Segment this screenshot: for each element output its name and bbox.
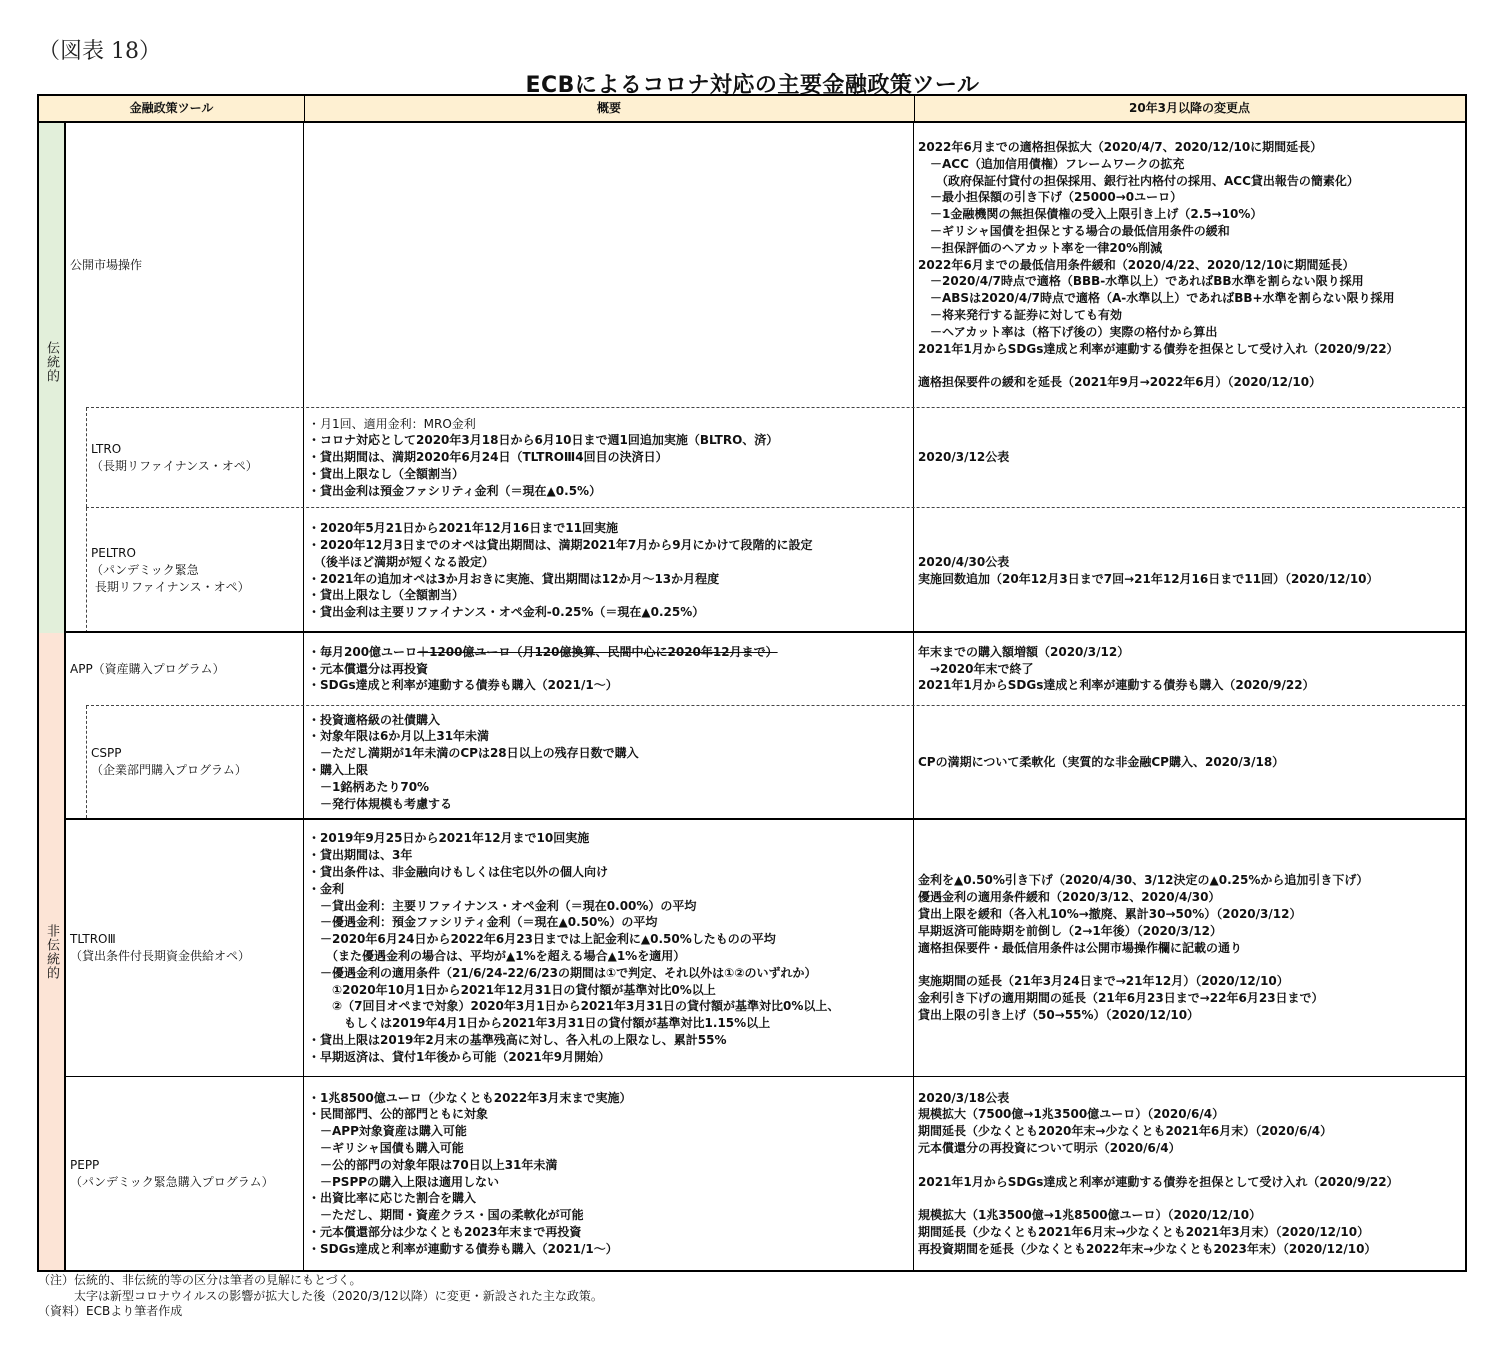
summary-line: －1銘柄あたり70%: [308, 779, 909, 796]
table-row-peltro: PELTRO （パンデミック緊急 長期リファイナンス・オペ） ・2020年5月2…: [86, 507, 1465, 633]
summary-text: ・毎月200億ユーロ: [308, 645, 417, 659]
summary-line: ・2019年9月25日から2021年12月まで10回実施: [308, 830, 909, 847]
changes-cell: 2022年6月までの適格担保拡大（2020/4/7、2020/12/10に期間延…: [914, 123, 1465, 407]
summary-line: ・貸出上限は2019年2月末の基準残高に対し、各入札の上限なし、累計55%: [308, 1032, 909, 1049]
change-line: 貸出上限を緩和（各入札10%→撤廃、累計30→50%）（2020/3/12）: [918, 906, 1461, 923]
header-tool: 金融政策ツール: [39, 96, 305, 121]
change-line: －最小担保額の引き下げ（25000→0ユーロ）: [918, 189, 1461, 206]
change-line: 金利を▲0.50%引き下げ（2020/4/30、3/12決定の▲0.25%から追…: [918, 872, 1461, 889]
summary-line: ・SDGs達成と利率が連動する債券も購入（2021/1～）: [308, 677, 909, 694]
summary-line: ・貸出金利は主要リファイナンス・オペ金利-0.25%（＝現在▲0.25%）: [308, 604, 909, 621]
summary-line: －ただし、期間・資産クラス・国の柔軟化が可能: [308, 1207, 909, 1224]
change-line: －2020/4/7時点で適格（BBB-水準以上）であればBB水準を割らない限り採…: [918, 273, 1461, 290]
summary-line: ・貸出上限なし（全額割当）: [308, 587, 909, 604]
tool-cell: PEPP （パンデミック緊急購入プログラム）: [66, 1077, 304, 1270]
summary-line: ・貸出条件は、非金融向けもしくは住宅以外の個人向け: [308, 864, 909, 881]
summary-cell: ・1兆8500億ユーロ（少なくとも2022年3月末まで実施）・民間部門、公的部門…: [304, 1077, 914, 1270]
change-line: －将来発行する証券に対しても有効: [918, 307, 1461, 324]
summary-line: －APP対象資産は購入可能: [308, 1123, 909, 1140]
change-line: －担保評価のヘアカット率を一律20%削減: [918, 240, 1461, 257]
summary-cell: ・月1回、適用金利：MRO金利・コロナ対応として2020年3月18日から6月10…: [304, 408, 914, 507]
summary-line: ・投資適格級の社債購入: [308, 712, 909, 729]
summary-line: －PSPPの購入上限は適用しない: [308, 1174, 909, 1191]
change-line: 2021年1月からSDGs達成と利率が連動する債券も購入（2020/9/22）: [918, 677, 1461, 694]
change-line: 2020/3/12公表: [918, 449, 1461, 466]
footnote: （注）伝統的、非伝統的等の区分は筆者の見解にもとづく。: [38, 1273, 603, 1289]
changes-cell: 2020/3/18公表規模拡大（7500億→1兆3500億ユーロ）（2020/6…: [914, 1077, 1465, 1270]
tool-name: PELTRO （パンデミック緊急 長期リファイナンス・オペ）: [91, 545, 250, 595]
summary-cell: ・2019年9月25日から2021年12月まで10回実施・貸出期間は、3年・貸出…: [304, 820, 914, 1076]
summary-line: －ギリシャ国債も購入可能: [308, 1140, 909, 1157]
summary-line: ・貸出期間は、満期2020年6月24日（TLTROⅢ4回目の決済日）: [308, 449, 909, 466]
summary-line: －2020年6月24日から2022年6月23日までは上記金利に▲0.50%したも…: [308, 931, 909, 948]
changes-cell: 2020/4/30公表実施回数追加（20年12月3日まで7回→21年12月16日…: [914, 508, 1465, 633]
summary-line: ・貸出上限なし（全額割当）: [308, 466, 909, 483]
summary-line: ・貸出期間は、3年: [308, 847, 909, 864]
change-line: 規模拡大（1兆3500億→1兆8500億ユーロ）（2020/12/10）: [918, 1207, 1461, 1224]
header-summary: 概要: [304, 96, 915, 121]
summary-line: －発行体規模も考慮する: [308, 796, 909, 813]
change-line: 金利引き下げの適用期間の延長（21年6月23日まで→22年6月23日まで）: [918, 990, 1461, 1007]
change-line: 2020/4/30公表: [918, 554, 1461, 571]
change-line: 2022年6月までの最低信用条件緩和（2020/4/22、2020/12/10に…: [918, 257, 1461, 274]
tool-name: TLTROⅢ （貸出条件付長期資金供給オペ）: [70, 931, 250, 965]
figure-label: （図表 18）: [38, 34, 161, 65]
change-line: 実施回数追加（20年12月3日まで7回→21年12月16日まで11回）（2020…: [918, 571, 1461, 588]
category-traditional: 伝統的: [39, 123, 66, 633]
table-header: 金融政策ツール 概要 20年3月以降の変更点: [39, 96, 1465, 123]
tool-cell: TLTROⅢ （貸出条件付長期資金供給オペ）: [66, 820, 304, 1076]
change-line: 期間延長（少なくとも2020年末→少なくとも2021年6月末）（2020/6/4…: [918, 1123, 1461, 1140]
tool-cell: CSPP （企業部門購入プログラム）: [86, 706, 304, 818]
summary-line: ・対象年限は6か月以上31年未満: [308, 728, 909, 745]
tool-cell: PELTRO （パンデミック緊急 長期リファイナンス・オペ）: [86, 508, 304, 633]
category-traditional-label: 伝統的: [43, 341, 60, 383]
change-line: －ABSは2020/4/7時点で適格（A-水準以上）であればBB+水準を割らない…: [918, 290, 1461, 307]
footnotes: （注）伝統的、非伝統的等の区分は筆者の見解にもとづく。 太字は新型コロナウイルス…: [38, 1273, 603, 1320]
summary-line: （また優遇金利の場合は、平均が▲1%を超える場合▲1%を適用）: [308, 948, 909, 965]
summary-line: ・2021年の追加オペは3か月おきに実施、貸出期間は12か月～13か月程度: [308, 571, 909, 588]
change-line: 2022年6月までの適格担保拡大（2020/4/7、2020/12/10に期間延…: [918, 139, 1461, 156]
change-line: 2021年1月からSDGs達成と利率が連動する債券を担保として受け入れ（2020…: [918, 341, 1461, 358]
summary-line: ・早期返済は、貸付1年後から可能（2021年9月開始）: [308, 1049, 909, 1066]
changes-cell: 2020/3/12公表: [914, 408, 1465, 507]
changes-cell: CPの満期について柔軟化（実質的な非金融CP購入、2020/3/18）: [914, 706, 1465, 818]
footnote: （資料）ECBより筆者作成: [38, 1304, 603, 1320]
table-row-app: APP（資産購入プログラム） ・毎月200億ユーロ＋1200億ユーロ（月120億…: [66, 631, 1465, 705]
change-line: 貸出上限の引き上げ（50→55%）（2020/12/10）: [918, 1007, 1461, 1024]
table-row-cspp: CSPP （企業部門購入プログラム） ・投資適格級の社債購入・対象年限は6か月以…: [86, 705, 1465, 818]
change-line: [918, 1190, 1461, 1207]
change-line: CPの満期について柔軟化（実質的な非金融CP購入、2020/3/18）: [918, 754, 1461, 771]
summary-line: もしくは2019年4月1日から2021年3月31日の貸付額が基準対比1.15%以…: [308, 1015, 909, 1032]
summary-line: ・出資比率に応じた割合を購入: [308, 1190, 909, 1207]
change-line: [918, 1157, 1461, 1174]
tool-cell: APP（資産購入プログラム）: [66, 633, 304, 705]
change-line: 再投資期間を延長（少なくとも2022年末→少なくとも2023年末）（2020/1…: [918, 1241, 1461, 1258]
summary-cell: ・投資適格級の社債購入・対象年限は6か月以上31年未満 －ただし満期が1年未満の…: [304, 706, 914, 818]
struck-text: ＋1200億ユーロ（月120億換算、民間中心に2020年12月まで）: [417, 645, 778, 659]
table-row-omo: 公開市場操作 2022年6月までの適格担保拡大（2020/4/7、2020/12…: [66, 123, 1465, 407]
table-row-pepp: PEPP （パンデミック緊急購入プログラム） ・1兆8500億ユーロ（少なくとも…: [66, 1076, 1465, 1270]
change-line: －1金融機関の無担保債権の受入上限引き上げ（2.5→10%）: [918, 206, 1461, 223]
summary-line: ②（7回目オペまで対象）2020年3月1日から2021年3月31日の貸付額が基準…: [308, 998, 909, 1015]
change-line: 適格担保要件の緩和を延長（2021年9月→2022年6月）（2020/12/10…: [918, 374, 1461, 391]
change-line: [918, 357, 1461, 374]
change-line: 期間延長（少なくとも2021年6月末→少なくとも2021年3月末）（2020/1…: [918, 1224, 1461, 1241]
change-line: [918, 956, 1461, 973]
change-line: 2020/3/18公表: [918, 1090, 1461, 1107]
category-non-traditional: 非伝統的: [39, 633, 66, 1270]
tool-name: PEPP （パンデミック緊急購入プログラム）: [70, 1157, 274, 1191]
change-line: 年末までの購入額増額（2020/3/12）: [918, 644, 1461, 661]
summary-line: ①2020年10月1日から2021年12月31日の貸付額が基準対比0%以上: [308, 982, 909, 999]
table-row-tltro3: TLTROⅢ （貸出条件付長期資金供給オペ） ・2019年9月25日から2021…: [66, 818, 1465, 1076]
policy-tools-table: 金融政策ツール 概要 20年3月以降の変更点 伝統的 非伝統的 公開市場操作 2…: [37, 94, 1467, 1272]
summary-line: ・元本償還分は再投資: [308, 661, 909, 678]
change-line: 適格担保要件・最低信用条件は公開市場操作欄に記載の通り: [918, 940, 1461, 957]
table-row-ltro: LTRO （長期リファイナンス・オペ） ・月1回、適用金利：MRO金利・コロナ対…: [86, 407, 1465, 507]
summary-line: （後半ほど満期が短くなる設定）: [308, 554, 909, 571]
change-line: 実施期間の延長（21年3月24日まで→21年12月）（2020/12/10）: [918, 973, 1461, 990]
tool-name: LTRO （長期リファイナンス・オペ）: [91, 441, 258, 475]
summary-line: －優遇金利の適用条件（21/6/24-22/6/23の期間は①で判定、それ以外は…: [308, 965, 909, 982]
changes-cell: 金利を▲0.50%引き下げ（2020/4/30、3/12決定の▲0.25%から追…: [914, 820, 1465, 1076]
summary-cell: ・毎月200億ユーロ＋1200億ユーロ（月120億換算、民間中心に2020年12…: [304, 633, 914, 705]
change-line: －ギリシャ国債を担保とする場合の最低信用条件の緩和: [918, 223, 1461, 240]
tool-name: 公開市場操作: [70, 257, 142, 274]
change-line: →2020年末で終了: [918, 661, 1461, 678]
change-line: 優遇金利の適用条件緩和（2020/3/12、2020/4/30）: [918, 889, 1461, 906]
summary-line: ・購入上限: [308, 762, 909, 779]
change-line: （政府保証付貸付の担保採用、銀行社内格付の採用、ACC貸出報告の簡素化）: [918, 173, 1461, 190]
summary-line: －ただし満期が1年未満のCPは28日以上の残存日数で購入: [308, 745, 909, 762]
change-line: －ACC（追加信用債権）フレームワークの拡充: [918, 156, 1461, 173]
summary-line: ・月1回、適用金利：MRO金利: [308, 416, 909, 433]
category-non-traditional-label: 非伝統的: [43, 924, 60, 980]
summary-line: ・貸出金利は預金ファシリティ金利（＝現在▲0.5%）: [308, 483, 909, 500]
summary-line: ・SDGs達成と利率が連動する債券も購入（2021/1～）: [308, 1241, 909, 1258]
summary-line: －公的部門の対象年限は70日以上31年未満: [308, 1157, 909, 1174]
change-line: 2021年1月からSDGs達成と利率が連動する債券を担保として受け入れ（2020…: [918, 1174, 1461, 1191]
tool-cell: LTRO （長期リファイナンス・オペ）: [86, 408, 304, 507]
summary-line: －優遇金利：預金ファシリティ金利（＝現在▲0.50%）の平均: [308, 914, 909, 931]
change-line: 早期返済可能時期を前倒し（2→1年後）（2020/3/12）: [918, 923, 1461, 940]
summary-line: ・元本償還部分は少なくとも2023年末まで再投資: [308, 1224, 909, 1241]
change-line: 元本償還分の再投資について明示（2020/6/4）: [918, 1140, 1461, 1157]
change-line: 規模拡大（7500億→1兆3500億ユーロ）（2020/6/4）: [918, 1106, 1461, 1123]
changes-cell: 年末までの購入額増額（2020/3/12） →2020年末で終了2021年1月か…: [914, 633, 1465, 705]
summary-line: ・金利: [308, 881, 909, 898]
summary-line: ・1兆8500億ユーロ（少なくとも2022年3月末まで実施）: [308, 1090, 909, 1107]
summary-line: ・2020年12月3日までのオペは貸出期間は、満期2021年7月から9月にかけて…: [308, 537, 909, 554]
tool-name: APP（資産購入プログラム）: [70, 661, 225, 678]
tool-cell: 公開市場操作: [66, 123, 304, 407]
summary-line: ・毎月200億ユーロ＋1200億ユーロ（月120億換算、民間中心に2020年12…: [308, 644, 909, 661]
tool-name: CSPP （企業部門購入プログラム）: [91, 745, 247, 779]
summary-cell: ・2020年5月21日から2021年12月16日まで11回実施・2020年12月…: [304, 508, 914, 633]
summary-line: ・2020年5月21日から2021年12月16日まで11回実施: [308, 520, 909, 537]
change-line: －ヘアカット率は（格下げ後の）実際の格付から算出: [918, 324, 1461, 341]
summary-list: ・元本償還分は再投資・SDGs達成と利率が連動する債券も購入（2021/1～）: [308, 661, 909, 695]
summary-cell: [304, 123, 914, 407]
summary-line: ・コロナ対応として2020年3月18日から6月10日まで週1回追加実施（BLTR…: [308, 432, 909, 449]
header-changes: 20年3月以降の変更点: [914, 96, 1465, 121]
footnote: 太字は新型コロナウイルスの影響が拡大した後（2020/3/12以降）に変更・新設…: [38, 1289, 603, 1305]
summary-line: ・民間部門、公的部門ともに対象: [308, 1106, 909, 1123]
summary-line: －貸出金利：主要リファイナンス・オペ金利（＝現在0.00%）の平均: [308, 898, 909, 915]
